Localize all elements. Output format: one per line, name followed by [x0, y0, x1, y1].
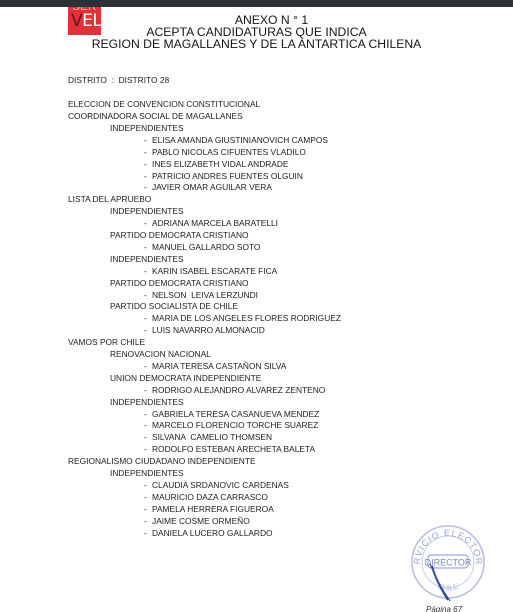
candidate-item: -JAIME COSME ORMEÑO — [144, 516, 250, 526]
candidate-item: -ADRIANA MARCELA BARATELLI — [144, 218, 278, 228]
document-page: SER VEL ANEXO N ° 1 ACEPTA CANDIDATURAS … — [0, 7, 513, 612]
candidate-item: -DANIELA LUCERO GALLARDO — [144, 528, 273, 538]
bullet-dash: - — [144, 516, 152, 526]
candidate-item: -INES ELIZABETH VIDAL ANDRADE — [144, 159, 289, 169]
party-name: UNION DEMOCRATA INDEPENDIENTE — [110, 373, 261, 383]
candidate-item: -PATRICIO ANDRES FUENTES OLGUIN — [144, 171, 303, 181]
bullet-dash: - — [144, 159, 152, 169]
candidate-name: JAVIER OMAR AGUILAR VERA — [152, 182, 272, 192]
list-name: COORDINADORA SOCIAL DE MAGALLANES — [68, 111, 243, 121]
party-name: PARTIDO DEMOCRATA CRISTIANO — [110, 278, 249, 288]
bullet-dash: - — [144, 135, 152, 145]
candidate-name: DANIELA LUCERO GALLARDO — [152, 528, 273, 538]
bullet-dash: - — [144, 504, 152, 514]
candidate-name: LUIS NAVARRO ALMONACID — [152, 325, 265, 335]
candidate-name: NELSON LEIVA LERZUNDI — [152, 290, 258, 300]
party-name: INDEPENDIENTES — [110, 123, 184, 133]
election-title: ELECCION DE CONVENCION CONSTITUCIONAL — [68, 99, 260, 109]
candidate-item: -SILVANA CAMELIO THOMSEN — [144, 432, 272, 442]
bullet-dash: - — [144, 242, 152, 252]
candidate-item: -MAURICIO DAZA CARRASCO — [144, 492, 268, 502]
bullet-dash: - — [144, 385, 152, 395]
candidate-name: ADRIANA MARCELA BARATELLI — [152, 218, 278, 228]
candidate-item: -GABRIELA TERESA CASANUEVA MENDEZ — [144, 409, 319, 419]
bullet-dash: - — [144, 432, 152, 442]
candidate-name: GABRIELA TERESA CASANUEVA MENDEZ — [152, 409, 319, 419]
bullet-dash: - — [144, 444, 152, 454]
party-name: RENOVACION NACIONAL — [110, 349, 211, 359]
candidate-name: RODOLFO ESTEBAN ARECHETA BALETA — [152, 444, 315, 454]
candidate-name: MAURICIO DAZA CARRASCO — [152, 492, 268, 502]
candidate-name: JAIME COSME ORMEÑO — [152, 516, 250, 526]
party-name: INDEPENDIENTES — [110, 206, 184, 216]
candidate-name: ELISA AMANDA GIUSTINIANOVICH CAMPOS — [152, 135, 328, 145]
candidate-name: RODRIGO ALEJANDRO ALVAREZ ZENTENO — [152, 385, 325, 395]
bullet-dash: - — [144, 182, 152, 192]
bullet-dash: - — [144, 171, 152, 181]
candidate-item: -CLAUDIA SRDANOVIC CARDENAS — [144, 480, 289, 490]
window-top-bar — [0, 0, 513, 7]
region-title: REGION DE MAGALLANES Y DE LA ANTARTICA C… — [0, 38, 513, 50]
list-name: REGIONALISMO CIUDADANO INDEPENDIENTE — [68, 456, 256, 466]
candidate-item: -PABLO NICOLAS CIFUENTES VLADILO — [144, 147, 306, 157]
party-name: INDEPENDIENTES — [110, 397, 184, 407]
list-name: LISTA DEL APRUEBO — [68, 194, 151, 204]
candidate-item: -NELSON LEIVA LERZUNDI — [144, 290, 258, 300]
candidate-name: PATRICIO ANDRES FUENTES OLGUIN — [152, 171, 303, 181]
candidate-name: CLAUDIA SRDANOVIC CARDENAS — [152, 480, 289, 490]
electoral-service-stamp: SERVICIO ELECTORAL CHILE DIRECTOR — [408, 522, 488, 602]
candidate-name: MARCELO FLORENCIO TORCHE SUAREZ — [152, 420, 318, 430]
bullet-dash: - — [144, 409, 152, 419]
candidate-item: -JAVIER OMAR AGUILAR VERA — [144, 182, 272, 192]
party-name: INDEPENDIENTES — [110, 468, 184, 478]
list-name: VAMOS POR CHILE — [68, 337, 145, 347]
bullet-dash: - — [144, 218, 152, 228]
bullet-dash: - — [144, 480, 152, 490]
candidate-name: MANUEL GALLARDO SOTO — [152, 242, 260, 252]
party-name: INDEPENDIENTES — [110, 254, 184, 264]
candidate-name: MARIA TERESA CASTAÑON SILVA — [152, 361, 286, 371]
bullet-dash: - — [144, 528, 152, 538]
candidate-name: MARIA DE LOS ANGELES FLORES RODRIGUEZ — [152, 313, 341, 323]
party-name: PARTIDO DEMOCRATA CRISTIANO — [110, 230, 249, 240]
candidate-item: -MARCELO FLORENCIO TORCHE SUAREZ — [144, 420, 318, 430]
bullet-dash: - — [144, 420, 152, 430]
bullet-dash: - — [144, 325, 152, 335]
bullet-dash: - — [144, 290, 152, 300]
candidate-name: PABLO NICOLAS CIFUENTES VLADILO — [152, 147, 306, 157]
stamp-center-text: DIRECTOR — [425, 558, 472, 568]
candidate-item: -RODRIGO ALEJANDRO ALVAREZ ZENTENO — [144, 385, 325, 395]
candidate-item: -RODOLFO ESTEBAN ARECHETA BALETA — [144, 444, 315, 454]
candidate-name: KARIN ISABEL ESCARATE FICA — [152, 266, 277, 276]
candidate-item: -KARIN ISABEL ESCARATE FICA — [144, 266, 277, 276]
candidate-item: -PAMELA HERRERA FIGUEROA — [144, 504, 274, 514]
bullet-dash: - — [144, 266, 152, 276]
bullet-dash: - — [144, 361, 152, 371]
party-name: PARTIDO SOCIALISTA DE CHILE — [110, 301, 238, 311]
candidate-item: -MANUEL GALLARDO SOTO — [144, 242, 260, 252]
bullet-dash: - — [144, 313, 152, 323]
candidate-name: SILVANA CAMELIO THOMSEN — [152, 432, 272, 442]
bullet-dash: - — [144, 492, 152, 502]
candidate-item: -LUIS NAVARRO ALMONACID — [144, 325, 265, 335]
candidate-item: -MARIA TERESA CASTAÑON SILVA — [144, 361, 286, 371]
candidate-name: INES ELIZABETH VIDAL ANDRADE — [152, 159, 289, 169]
candidate-name: PAMELA HERRERA FIGUEROA — [152, 504, 274, 514]
candidate-item: -ELISA AMANDA GIUSTINIANOVICH CAMPOS — [144, 135, 328, 145]
bullet-dash: - — [144, 147, 152, 157]
page-number: Página 67 — [426, 605, 462, 612]
candidate-item: -MARIA DE LOS ANGELES FLORES RODRIGUEZ — [144, 313, 341, 323]
district-label: DISTRITO : DISTRITO 28 — [68, 75, 169, 85]
